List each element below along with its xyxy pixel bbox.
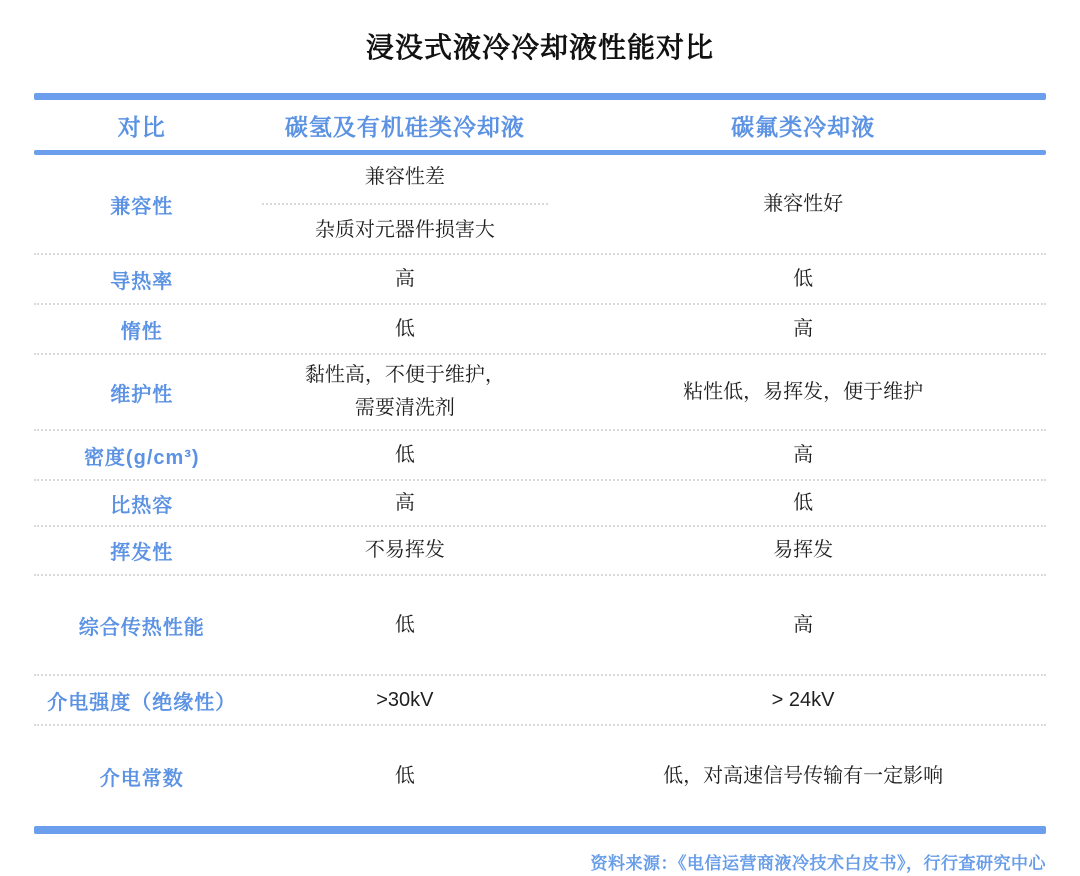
hydrocarbon-cell: 黏性高，不便于维护，需要清洗剂: [250, 359, 561, 425]
row-label: 惰性: [34, 315, 250, 344]
cell-inner-divider: [262, 203, 548, 205]
hydrocarbon-cell: 兼容性差杂质对元器件损害大: [250, 161, 561, 247]
table-row: 惰性 低 高: [34, 305, 1046, 355]
cell-text: >30kV: [250, 684, 561, 717]
column-header-fluorocarbon-coolant: 碳氟类冷却液: [560, 109, 1046, 142]
cell-text: 不易挥发: [250, 534, 561, 567]
row-label: 介电强度（绝缘性）: [34, 686, 250, 715]
fluorocarbon-cell: 易挥发: [560, 534, 1046, 567]
table-row: 导热率 高 低: [34, 255, 1046, 305]
hydrocarbon-cell: 不易挥发: [250, 534, 561, 567]
table-row: 综合传热性能 低 高: [34, 576, 1046, 676]
row-label: 兼容性: [34, 190, 250, 219]
table-row: 兼容性 兼容性差杂质对元器件损害大 兼容性好: [34, 155, 1046, 255]
table-row: 维护性 黏性高，不便于维护，需要清洗剂 粘性低，易挥发，便于维护: [34, 355, 1046, 431]
cell-text: 低: [250, 609, 561, 642]
source-note: 资料来源：《电信运营商液冷技术白皮书》，行行查研究中心: [34, 849, 1046, 874]
page: 浸没式液冷冷却液性能对比 对比 碳氢及有机硅类冷却液 碳氟类冷却液 兼容性 兼容…: [0, 0, 1080, 874]
fluorocarbon-cell: 兼容性好: [560, 188, 1046, 221]
table-header-row: 对比 碳氢及有机硅类冷却液 碳氟类冷却液: [34, 100, 1046, 150]
cell-text: 兼容性差: [250, 161, 561, 194]
cell-text: 高: [560, 313, 1046, 346]
cell-text: > 24kV: [560, 684, 1046, 717]
row-label: 比热容: [34, 489, 250, 518]
table-row: 介电常数 低 低，对高速信号传输有一定影响: [34, 726, 1046, 826]
table-row: 密度(g/cm³) 低 高: [34, 431, 1046, 481]
table-body: 兼容性 兼容性差杂质对元器件损害大 兼容性好 导热率 高 低 惰性 低 高 维护…: [34, 155, 1046, 826]
fluorocarbon-cell: 低，对高速信号传输有一定影响: [560, 760, 1046, 793]
fluorocarbon-cell: 高: [560, 439, 1046, 472]
hydrocarbon-cell: 高: [250, 487, 561, 520]
fluorocarbon-cell: 高: [560, 313, 1046, 346]
cell-text: 兼容性好: [560, 188, 1046, 221]
cell-text: 高: [560, 439, 1046, 472]
cell-text: 杂质对元器件损害大: [250, 214, 561, 247]
row-label: 密度(g/cm³): [34, 441, 250, 470]
hydrocarbon-cell: 高: [250, 263, 561, 296]
table-row: 挥发性 不易挥发 易挥发: [34, 527, 1046, 576]
cell-text: 低: [250, 313, 561, 346]
row-label: 挥发性: [34, 536, 250, 565]
cell-text: 低: [250, 439, 561, 472]
table-top-rule: [34, 93, 1046, 100]
cell-text: 高: [250, 263, 561, 296]
table-bottom-rule: [34, 826, 1046, 834]
row-label: 维护性: [34, 378, 250, 407]
cell-text: 黏性高，不便于维护，: [250, 359, 561, 392]
cell-text: 低: [560, 487, 1046, 520]
hydrocarbon-cell: 低: [250, 439, 561, 472]
cell-text: 易挥发: [560, 534, 1046, 567]
cell-text: 低: [250, 760, 561, 793]
hydrocarbon-cell: 低: [250, 313, 561, 346]
table-row: 介电强度（绝缘性） >30kV > 24kV: [34, 676, 1046, 726]
column-header-hydrocarbon-coolant: 碳氢及有机硅类冷却液: [250, 109, 561, 142]
row-label: 导热率: [34, 265, 250, 294]
fluorocarbon-cell: 粘性低，易挥发，便于维护: [560, 376, 1046, 409]
fluorocarbon-cell: 高: [560, 609, 1046, 642]
table-row: 比热容 高 低: [34, 481, 1046, 527]
fluorocarbon-cell: > 24kV: [560, 684, 1046, 717]
cell-text: 粘性低，易挥发，便于维护: [560, 376, 1046, 409]
cell-text: 需要清洗剂: [250, 392, 561, 425]
column-header-comparison: 对比: [34, 109, 250, 142]
fluorocarbon-cell: 低: [560, 263, 1046, 296]
hydrocarbon-cell: 低: [250, 609, 561, 642]
cell-text: 高: [560, 609, 1046, 642]
hydrocarbon-cell: >30kV: [250, 684, 561, 717]
cell-text: 低: [560, 263, 1046, 296]
cell-text: 低，对高速信号传输有一定影响: [560, 760, 1046, 793]
hydrocarbon-cell: 低: [250, 760, 561, 793]
row-label: 介电常数: [34, 762, 250, 791]
page-title: 浸没式液冷冷却液性能对比: [34, 26, 1046, 66]
fluorocarbon-cell: 低: [560, 487, 1046, 520]
cell-text: 高: [250, 487, 561, 520]
row-label: 综合传热性能: [34, 611, 250, 640]
comparison-table: 对比 碳氢及有机硅类冷却液 碳氟类冷却液 兼容性 兼容性差杂质对元器件损害大 兼…: [34, 93, 1046, 834]
